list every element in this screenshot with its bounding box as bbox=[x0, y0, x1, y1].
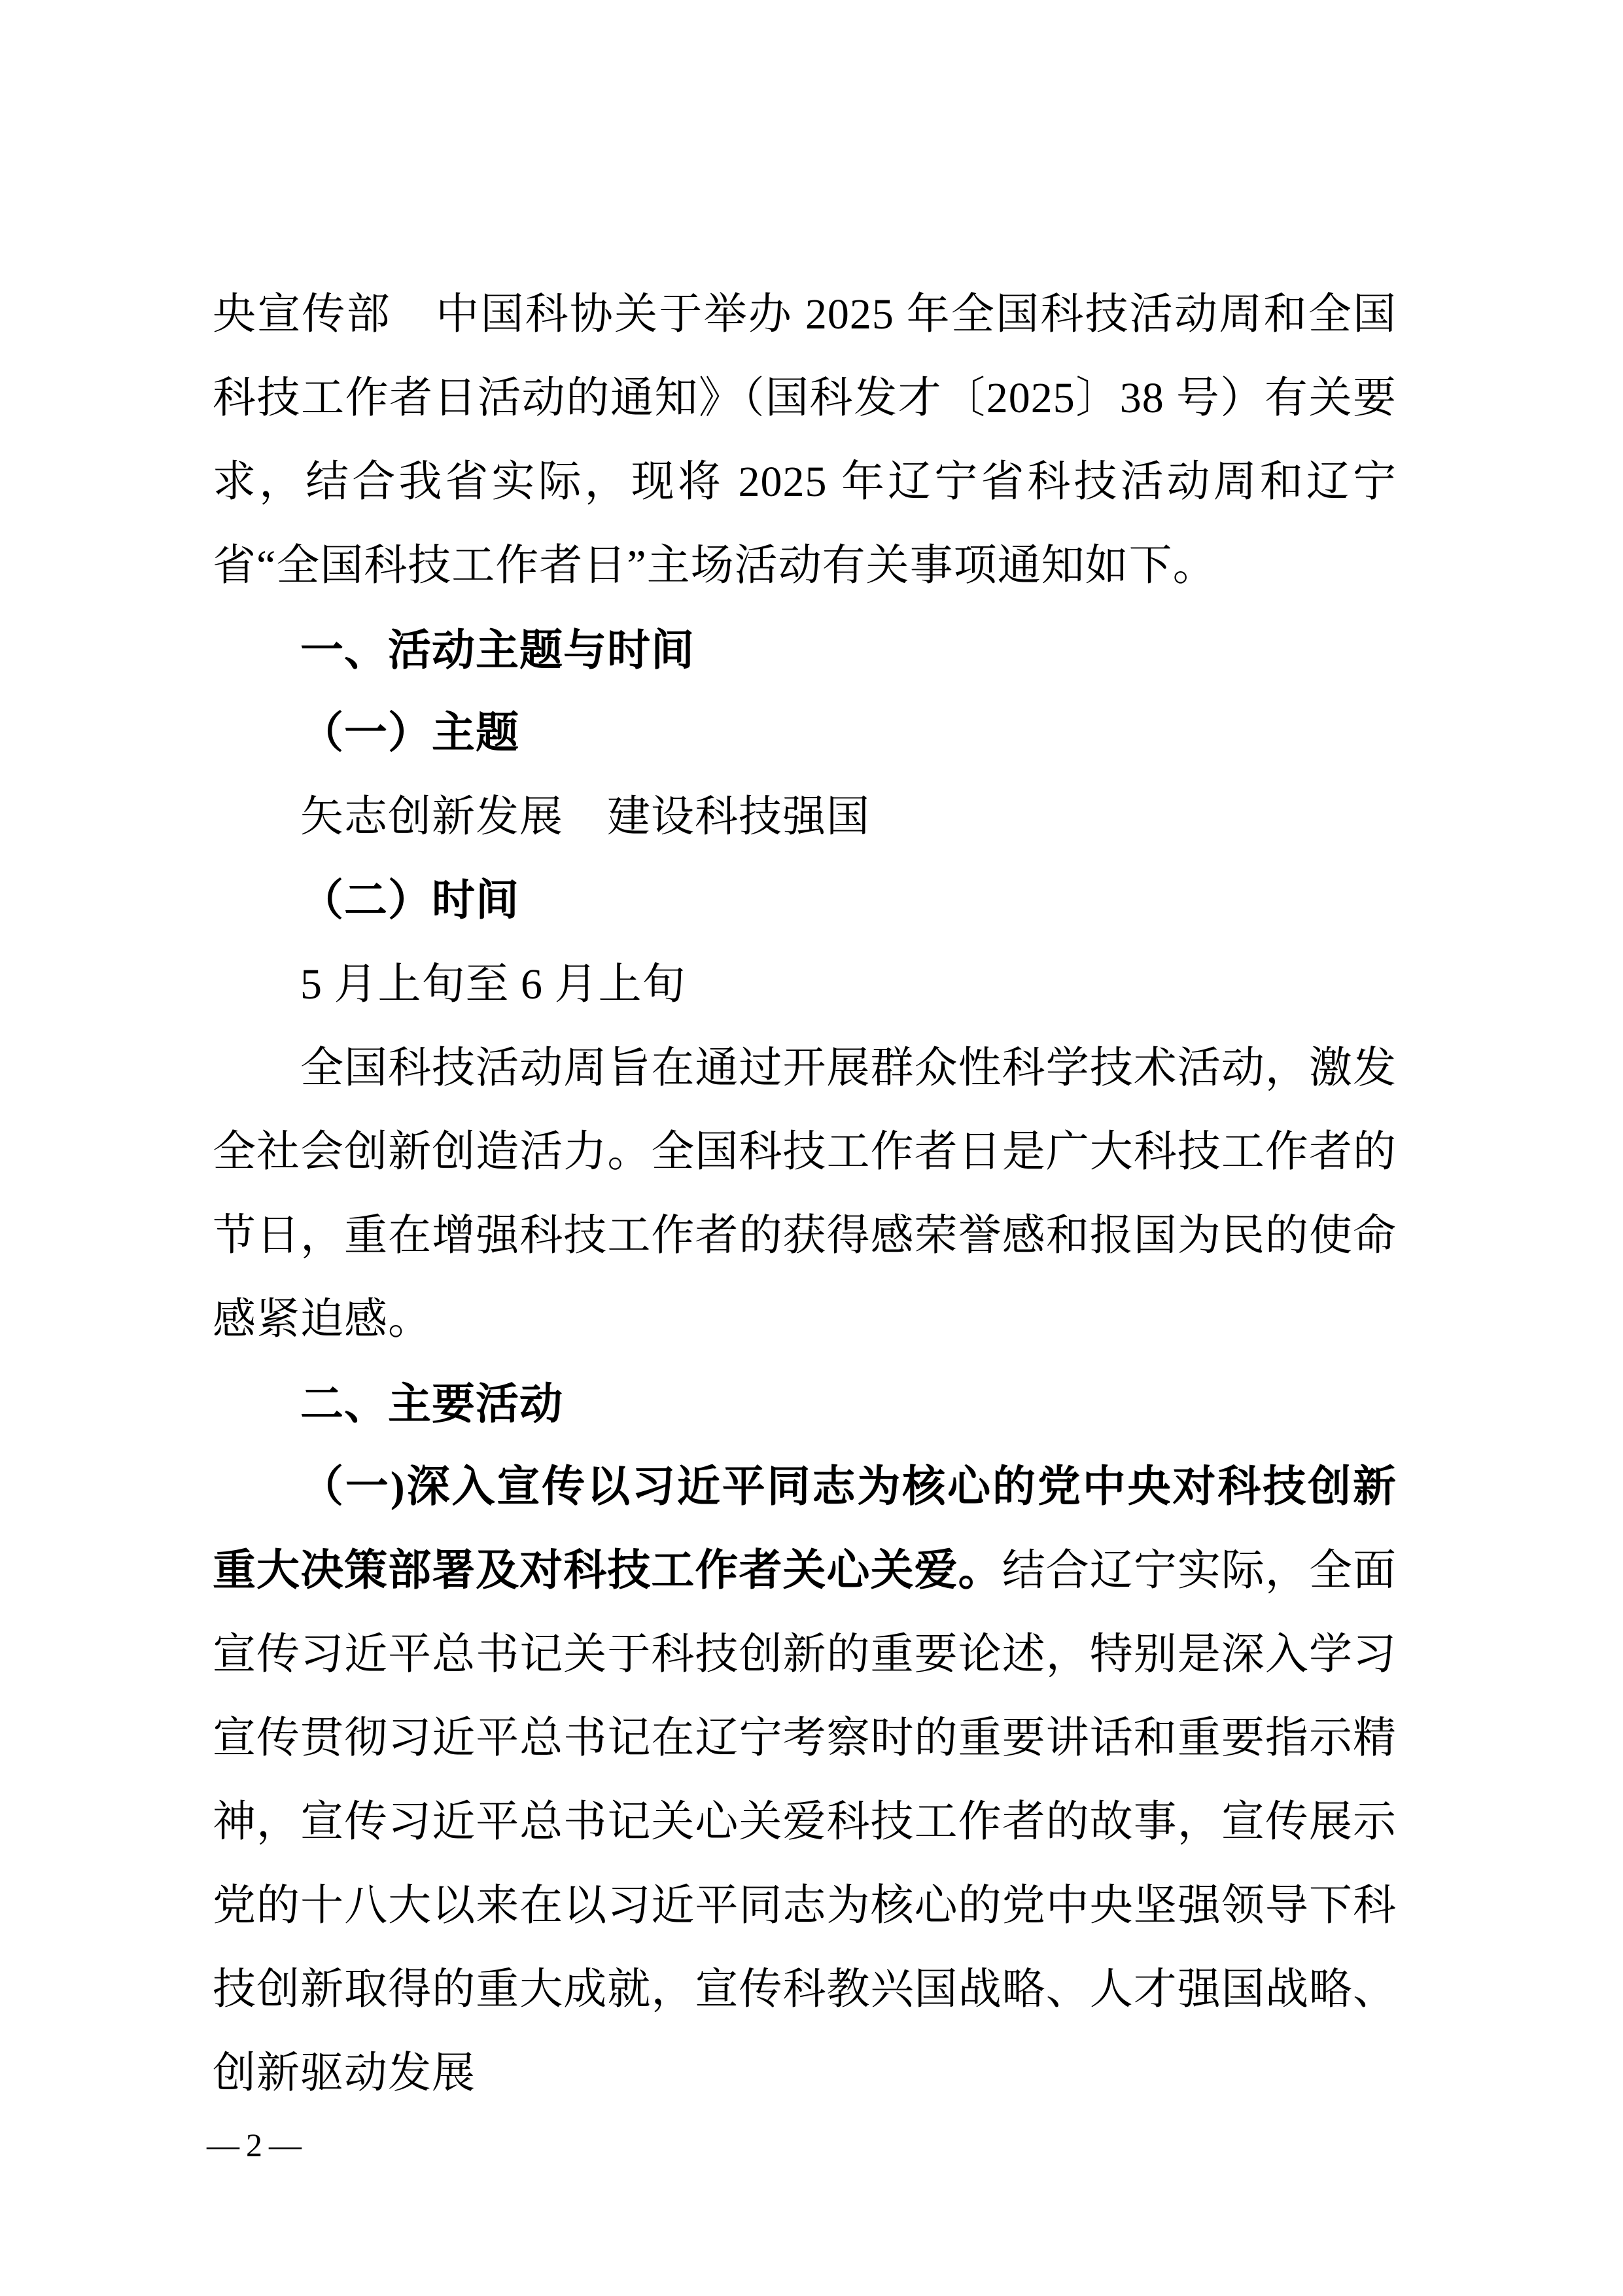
text-run: 结合辽宁实际，全面宣传习近平总书记关于科技创新的重要论述，特别是深入学习宣传贯彻… bbox=[213, 1547, 1397, 2097]
text-run: （一）主题 bbox=[300, 709, 519, 757]
paragraph: （一)深入宣传以习近平同志为核心的党中央对科技创新重大决策部署及对科技工作者关心… bbox=[213, 1445, 1397, 2115]
text-run: 一、活动主题与时间 bbox=[300, 626, 695, 674]
text-run: 矢志创新发展 建设科技强国 bbox=[300, 793, 870, 841]
sub-heading: （一）主题 bbox=[213, 692, 1397, 775]
paragraph: 央宣传部 中国科协关于举办 2025 年全国科技活动周和全国科技工作者日活动的通… bbox=[213, 273, 1397, 608]
section-heading: 一、活动主题与时间 bbox=[213, 608, 1397, 692]
document-body: 央宣传部 中国科协关于举办 2025 年全国科技活动周和全国科技工作者日活动的通… bbox=[213, 273, 1397, 2115]
text-run: （二）时间 bbox=[300, 877, 519, 925]
text-run: 央宣传部 中国科协关于举办 2025 年全国科技活动周和全国科技工作者日活动的通… bbox=[213, 291, 1397, 590]
paragraph: 5 月上旬至 6 月上旬 bbox=[213, 943, 1397, 1027]
text-run: 全国科技活动周旨在通过开展群众性科学技术活动，激发全社会创新创造活力。全国科技工… bbox=[213, 1044, 1397, 1343]
text-run: 二、主要活动 bbox=[300, 1379, 563, 1428]
section-heading: 二、主要活动 bbox=[213, 1362, 1397, 1445]
page: 央宣传部 中国科协关于举办 2025 年全国科技活动周和全国科技工作者日活动的通… bbox=[0, 0, 1623, 2296]
paragraph: 矢志创新发展 建设科技强国 bbox=[213, 775, 1397, 859]
text-run: 5 月上旬至 6 月上旬 bbox=[300, 961, 686, 1008]
page-number: —2— bbox=[207, 2125, 308, 2164]
sub-heading: （二）时间 bbox=[213, 859, 1397, 943]
paragraph: 全国科技活动周旨在通过开展群众性科学技术活动，激发全社会创新创造活力。全国科技工… bbox=[213, 1027, 1397, 1362]
